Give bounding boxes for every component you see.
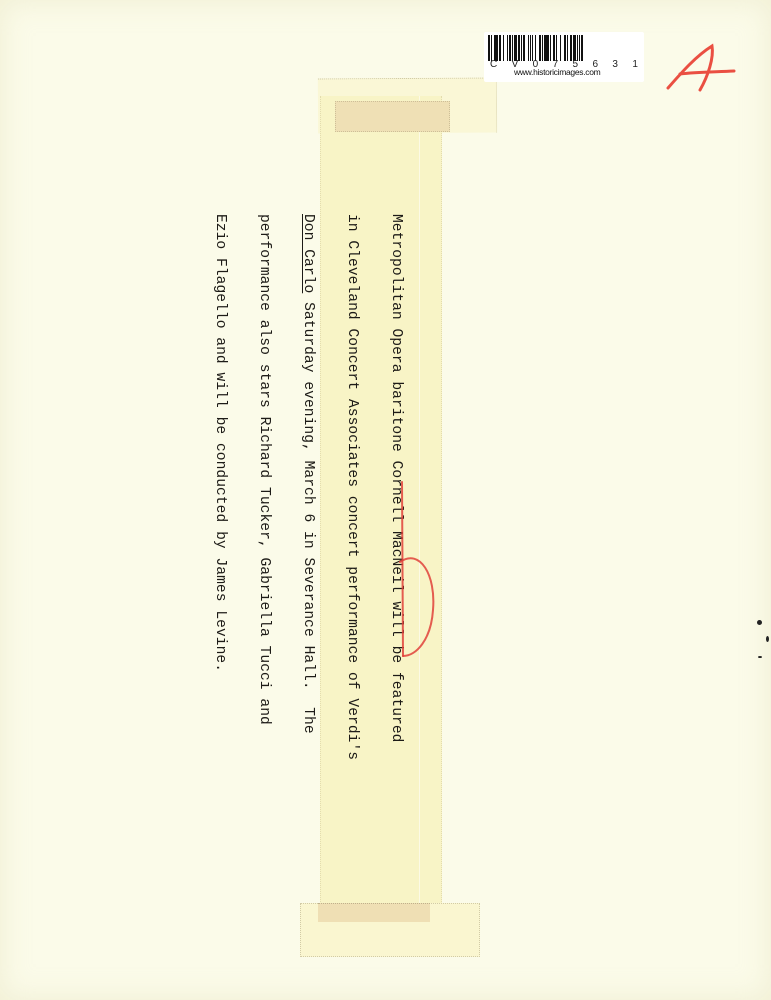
barcode-bars: [488, 35, 640, 61]
caption-line-2: in Cleveland Concert Associates concert …: [344, 214, 359, 834]
caption-line-4: performance also stars Richard Tucker, G…: [257, 214, 272, 834]
barcode-url: www.historicimages.com: [514, 67, 600, 77]
paper-speck: [766, 636, 769, 642]
barcode-digit: 1: [632, 59, 638, 70]
caption-line-3: Don Carlo Saturday evening, March 6 in S…: [300, 214, 315, 834]
caption-line-5: Ezio Flagello and will be conducted by J…: [213, 214, 228, 834]
grade-mark-letter-a: [660, 38, 740, 98]
tape-bottom-band: [318, 903, 430, 922]
paper-speck: [757, 620, 762, 625]
barcode-digit: C: [490, 59, 497, 70]
barcode-digit: 3: [612, 59, 618, 70]
caption-line-1: Metropolitan Opera baritone Cornell MacN…: [388, 214, 403, 834]
typed-caption: Metropolitan Opera baritone Cornell MacN…: [198, 214, 432, 834]
barcode-label: CV075631 www.historicimages.com: [484, 32, 644, 82]
paper-speck: [758, 656, 762, 658]
opera-title-underlined: Don Carlo: [300, 214, 316, 293]
tape-top-band: [335, 101, 450, 132]
caption-line-3-rest: Saturday evening, March 6 in Severance H…: [300, 293, 316, 733]
